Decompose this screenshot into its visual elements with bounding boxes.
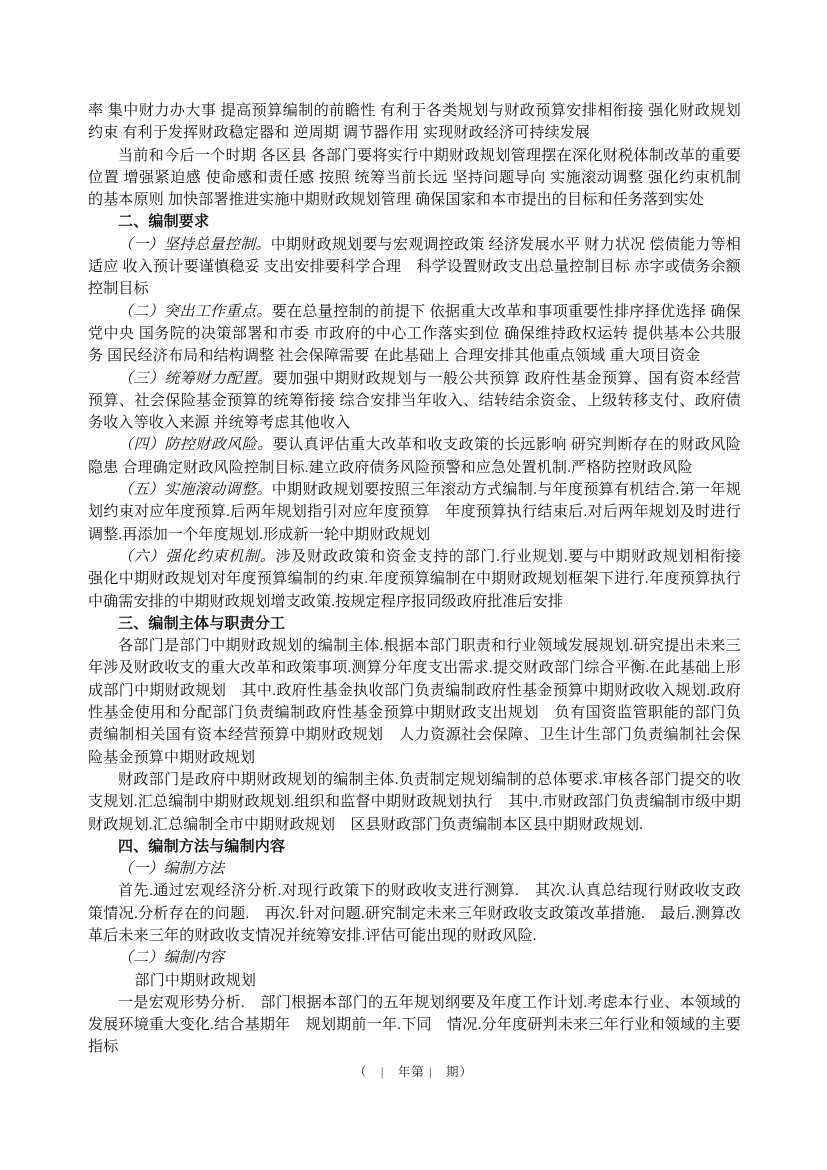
requirement-item-1-label: （一）坚持总量控制。: [118, 237, 271, 253]
requirement-item-2: （二）突出工作重点。要在总量控制的前提下 依据重大改革和事项重要性排序择优选择 …: [88, 301, 741, 368]
method-paragraph: 首先.通过宏观经济分析.对现行政策下的财政收支进行测算. 其次.认真总结现行财政…: [88, 880, 741, 947]
responsibilities-paragraph-finance-dept: 财政部门是政府中期财政规划的编制主体.负责制定规划编制的总体要求.审核各部门提交…: [88, 769, 741, 836]
subsection-label-content: （二）编制内容: [88, 947, 741, 969]
document-body: 率 集中财力办大事 提高预算编制的前瞻性 有利于各类规划与财政预算安排相衔接 强…: [88, 100, 741, 1059]
requirement-item-3-label: （三）统筹财力配置。: [118, 371, 273, 387]
content-paragraph-macro-analysis: 一是宏观形势分析. 部门根据本部门的五年规划纲要及年度工作计划.考虑本行业、本领…: [88, 992, 741, 1059]
requirement-item-4-label: （四）防控财政风险。: [118, 437, 273, 453]
requirement-item-3: （三）统筹财力配置。要加强中期财政规划与一般公共预算 政府性基金预算、国有资本经…: [88, 368, 741, 435]
page-footer: （ | 年第 | 期）: [0, 1062, 827, 1080]
section-heading-responsibilities: 三、编制主体与职责分工: [88, 613, 741, 635]
responsibilities-paragraph-departments: 各部门是部门中期财政规划的编制主体.根据本部门职责和行业领域发展规划.研究提出未…: [88, 635, 741, 769]
subsection-title-department-plan: 部门中期财政规划: [88, 970, 741, 992]
requirement-item-2-label: （二）突出工作重点。: [118, 304, 272, 320]
requirement-item-1: （一）坚持总量控制。中期财政规划要与宏观调控政策 经济发展水平 财力状况 偿债能…: [88, 234, 741, 301]
paragraph-carryover: 率 集中财力办大事 提高预算编制的前瞻性 有利于各类规划与财政预算安排相衔接 强…: [88, 100, 741, 145]
document-page: 率 集中财力办大事 提高预算编制的前瞻性 有利于各类规划与财政预算安排相衔接 强…: [0, 0, 827, 1170]
paragraph-current-period: 当前和今后一个时期 各区县 各部门要将实行中期财政规划管理摆在深化财税体制改革的…: [88, 145, 741, 212]
requirement-item-6: （六）强化约束机制。涉及财政政策和资金支持的部门.行业规划.要与中期财政规划相衔…: [88, 546, 741, 613]
section-heading-methods: 四、编制方法与编制内容: [88, 836, 741, 858]
requirement-item-6-label: （六）强化约束机制。: [118, 549, 276, 565]
subsection-label-method: （一）编制方法: [88, 858, 741, 880]
requirement-item-5-label: （五）实施滚动调整。: [118, 482, 272, 498]
requirement-item-4: （四）防控财政风险。要认真评估重大改革和收支政策的长远影响 研究判断存在的财政风…: [88, 434, 741, 479]
section-heading-requirements: 二、编制要求: [88, 211, 741, 233]
requirement-item-5: （五）实施滚动调整。中期财政规划要按照三年滚动方式编制.与年度预算有机结合.第一…: [88, 479, 741, 546]
